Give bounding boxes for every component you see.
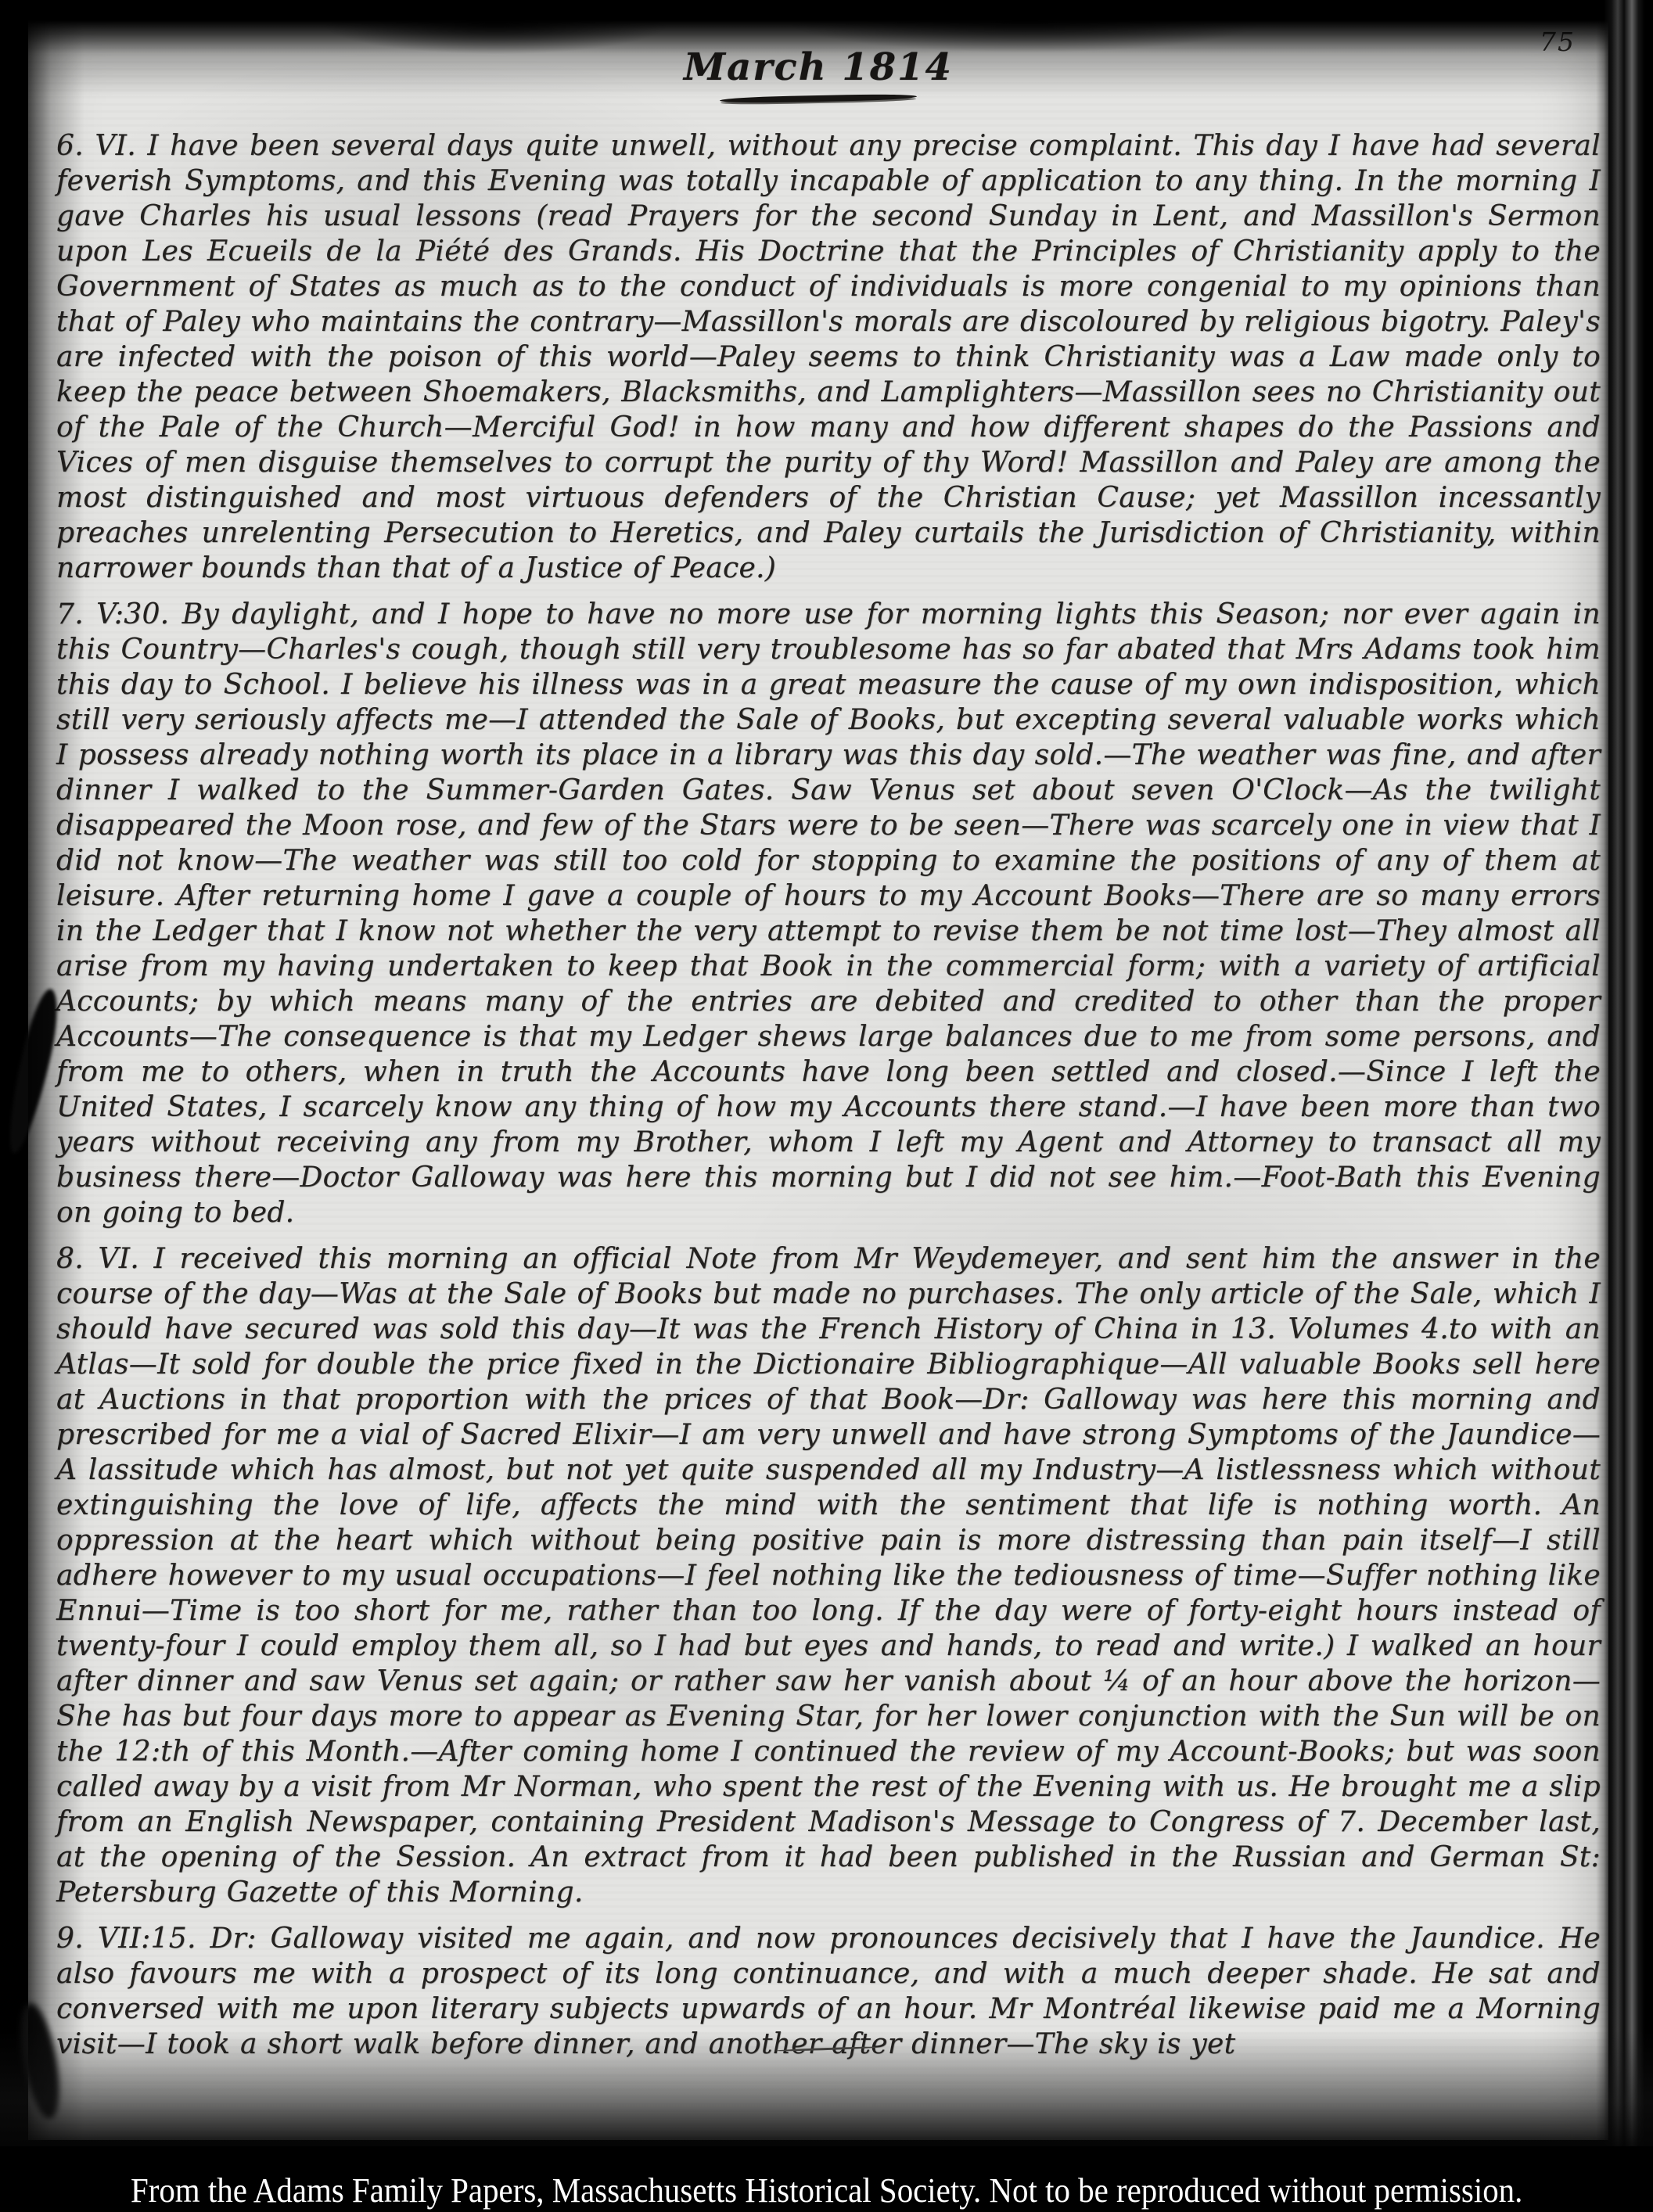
diary-entry-march-8: 8. VI. I received this morning an offici…	[56, 1241, 1601, 1910]
diary-entries: 6. VI. I have been several days quite un…	[28, 128, 1608, 2073]
diary-entry-march-9: 9. VII:15. Dr: Galloway visited me again…	[56, 1921, 1601, 2062]
attribution-bar: From the Adams Family Papers, Massachuse…	[0, 2146, 1653, 2212]
diary-entry-march-7: 7. V:30. By daylight, and I hope to have…	[56, 597, 1601, 1230]
attribution-text: From the Adams Family Papers, Massachuse…	[131, 2174, 1522, 2212]
diary-entry-march-6: 6. VI. I have been several days quite un…	[56, 128, 1601, 586]
manuscript-paper: 75 March 1814 6. VI. I have been several…	[28, 19, 1608, 2140]
page-title: March 1814	[28, 45, 1608, 89]
